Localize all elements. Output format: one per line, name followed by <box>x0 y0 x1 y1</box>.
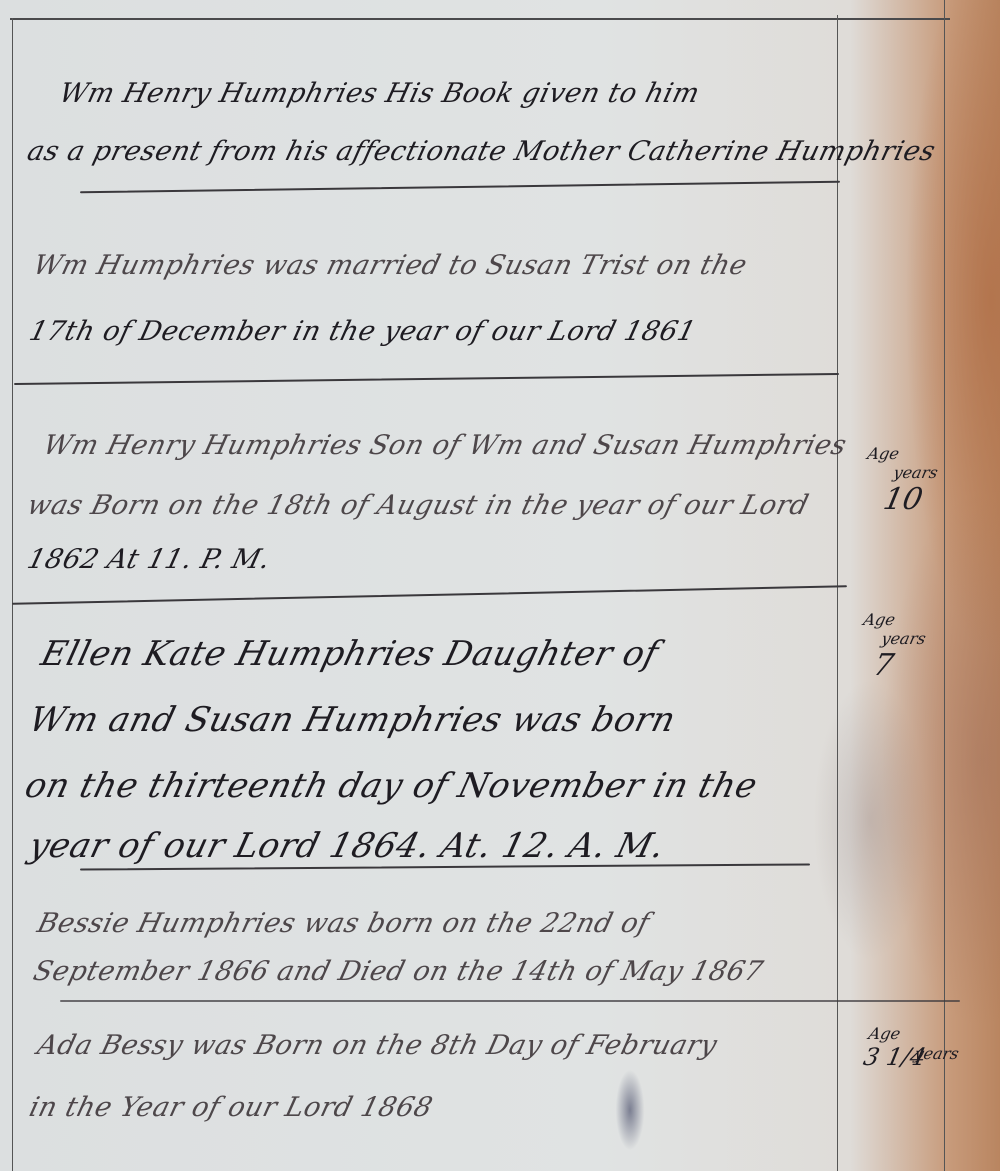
age-unit: years <box>913 1044 961 1063</box>
age-unit: years <box>892 463 940 482</box>
age-label: Age <box>867 1024 933 1043</box>
left-margin-rule <box>12 18 13 1171</box>
age-william-henry: Age years 10 <box>854 444 943 517</box>
age-ada: Age 3 1/4 years <box>861 1024 933 1071</box>
age-column-rule <box>837 15 838 1171</box>
age-unit: years <box>880 629 928 648</box>
age-ellen-kate: Age years 7 <box>850 610 931 683</box>
entry-ada: Ada Bessy was Born on the 8th Day of Feb… <box>30 0 820 1171</box>
right-margin-rule <box>944 0 945 1171</box>
entry-line: Ada Bessy was Born on the 8th Day of Feb… <box>34 1030 720 1061</box>
entry-line: in the Year of our Lord 1868 <box>26 1092 436 1123</box>
age-value: 10 <box>880 482 935 517</box>
register-page: Wm Henry Humphries His Book given to him… <box>0 0 1000 1171</box>
age-label: Age <box>862 610 932 629</box>
age-value: 7 <box>870 648 923 683</box>
age-label: Age <box>866 444 944 463</box>
